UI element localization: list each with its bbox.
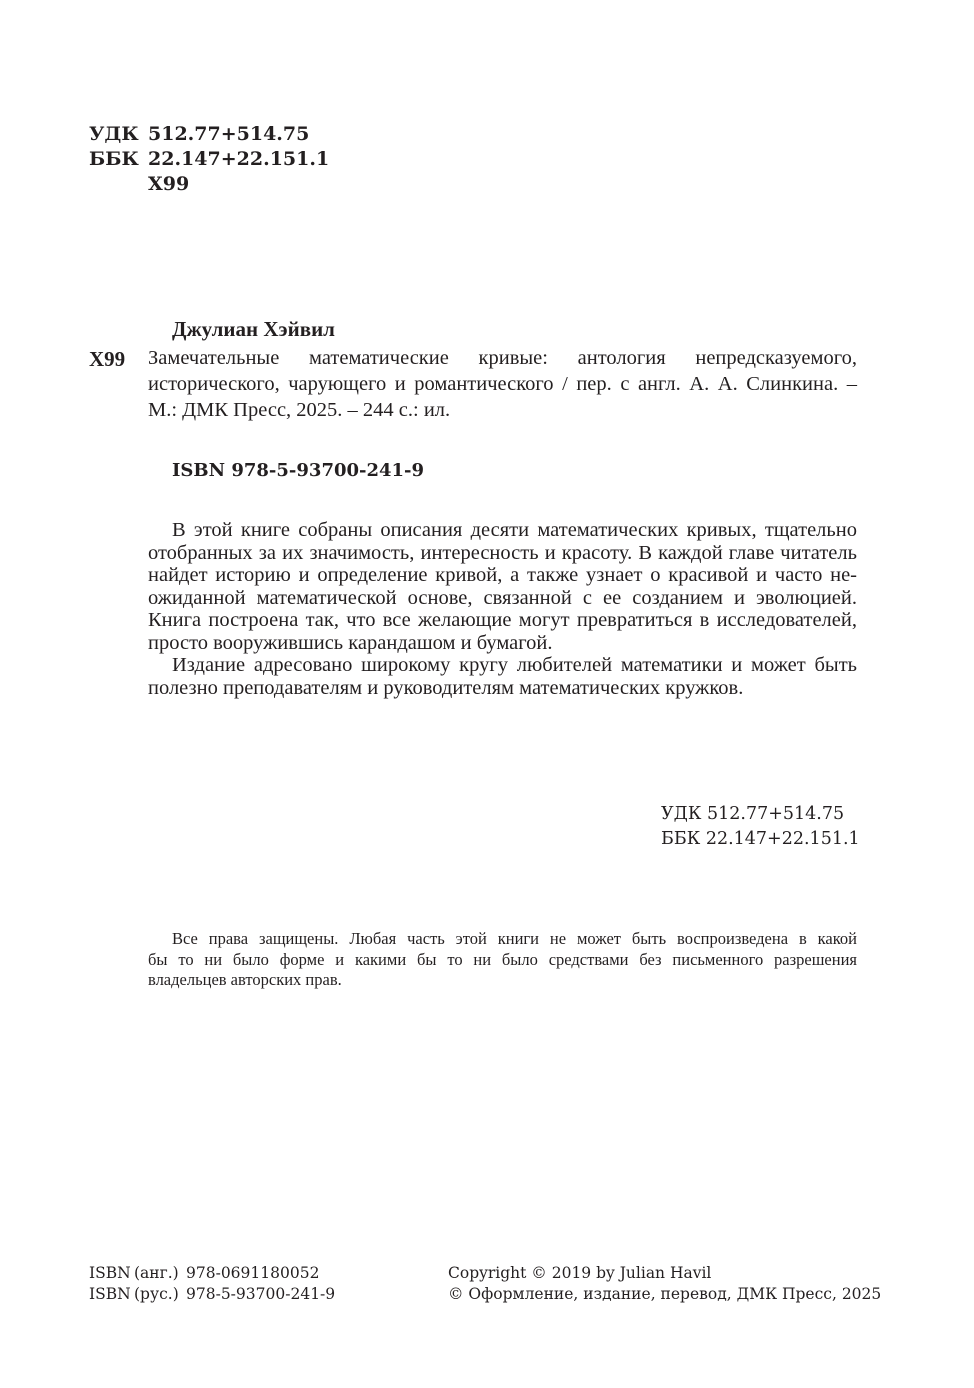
rights-line: Все права защищены. Любая часть этой кни…	[148, 929, 857, 950]
biblio-line: исторического, чарующего и романтическог…	[148, 371, 857, 397]
bbk-row: ББК 22.147+22.151.1	[89, 147, 329, 172]
annotation-line: Издание адресовано широкому кругу любите…	[148, 654, 857, 677]
copyright-translation: © Оформление, издание, перевод, ДМК Прес…	[448, 1284, 857, 1305]
copyright-original: Copyright © 2019 by Julian Havil	[448, 1263, 857, 1284]
rights-notice: Все права защищены. Любая часть этой кни…	[148, 929, 857, 991]
udk-code: УДК 512.77+514.75	[661, 802, 860, 827]
isbn-label: ISBN	[89, 1263, 134, 1284]
author-name: Джулиан Хэйвил	[172, 317, 335, 342]
rights-line: владельцев авторских прав.	[148, 970, 857, 991]
annotation-line: просто вооружившись карандашом и бумагой…	[148, 632, 857, 655]
isbn-original: ISBN (анг.) 978-0691180052	[89, 1263, 335, 1284]
isbn-language: (рус.)	[134, 1284, 186, 1305]
annotation-line: полезно преподавателям и руководителям м…	[148, 677, 857, 700]
bbk-value: 22.147+22.151.1	[148, 147, 329, 172]
bbk-code: ББК 22.147+22.151.1	[661, 827, 860, 852]
udk-label: УДК	[89, 122, 148, 147]
annotation-line: В этой книге собраны описания десяти мат…	[148, 519, 857, 542]
bbk-label: ББК	[89, 147, 148, 172]
isbn-russian: ISBN (рус.) 978-5-93700-241-9	[89, 1284, 335, 1305]
annotation-line: Книга построена так, что все желающие мо…	[148, 609, 857, 632]
author-mark-value: Х99	[148, 172, 189, 197]
bibliographic-description: Замечательные математические кривые: ант…	[148, 345, 857, 423]
udk-row: УДК 512.77+514.75	[89, 122, 329, 147]
author-mark-row: Х99	[89, 172, 329, 197]
isbn-number: 978-5-93700-241-9	[186, 1284, 335, 1305]
biblio-line: Замечательные математические кривые: ант…	[148, 345, 857, 371]
classification-codes-bottom: УДК 512.77+514.75 ББК 22.147+22.151.1	[661, 802, 860, 852]
isbn-language: (анг.)	[134, 1263, 186, 1284]
isbn-main: ISBN 978-5-93700-241-9	[172, 460, 424, 481]
isbn-label: ISBN	[89, 1284, 134, 1305]
author-mark: Х99	[89, 347, 125, 372]
annotation: В этой книге собраны описания десяти мат…	[148, 519, 857, 699]
annotation-line: ожиданной математической основе, связанн…	[148, 587, 857, 610]
annotation-line: отобранных за их значимость, интересност…	[148, 542, 857, 565]
biblio-line: М.: ДМК Пресс, 2025. – 244 с.: ил.	[148, 397, 857, 423]
author-mark-label	[89, 172, 148, 197]
udk-value: 512.77+514.75	[148, 122, 309, 147]
rights-line: бы то ни было форме и какими бы то ни бы…	[148, 950, 857, 971]
copyright-block: Copyright © 2019 by Julian Havil © Оформ…	[448, 1263, 857, 1305]
annotation-line: найдет историю и определение кривой, а т…	[148, 564, 857, 587]
isbn-list: ISBN (анг.) 978-0691180052 ISBN (рус.) 9…	[89, 1263, 335, 1305]
classification-codes-top: УДК 512.77+514.75 ББК 22.147+22.151.1 Х9…	[89, 122, 329, 197]
isbn-number: 978-0691180052	[186, 1263, 319, 1284]
